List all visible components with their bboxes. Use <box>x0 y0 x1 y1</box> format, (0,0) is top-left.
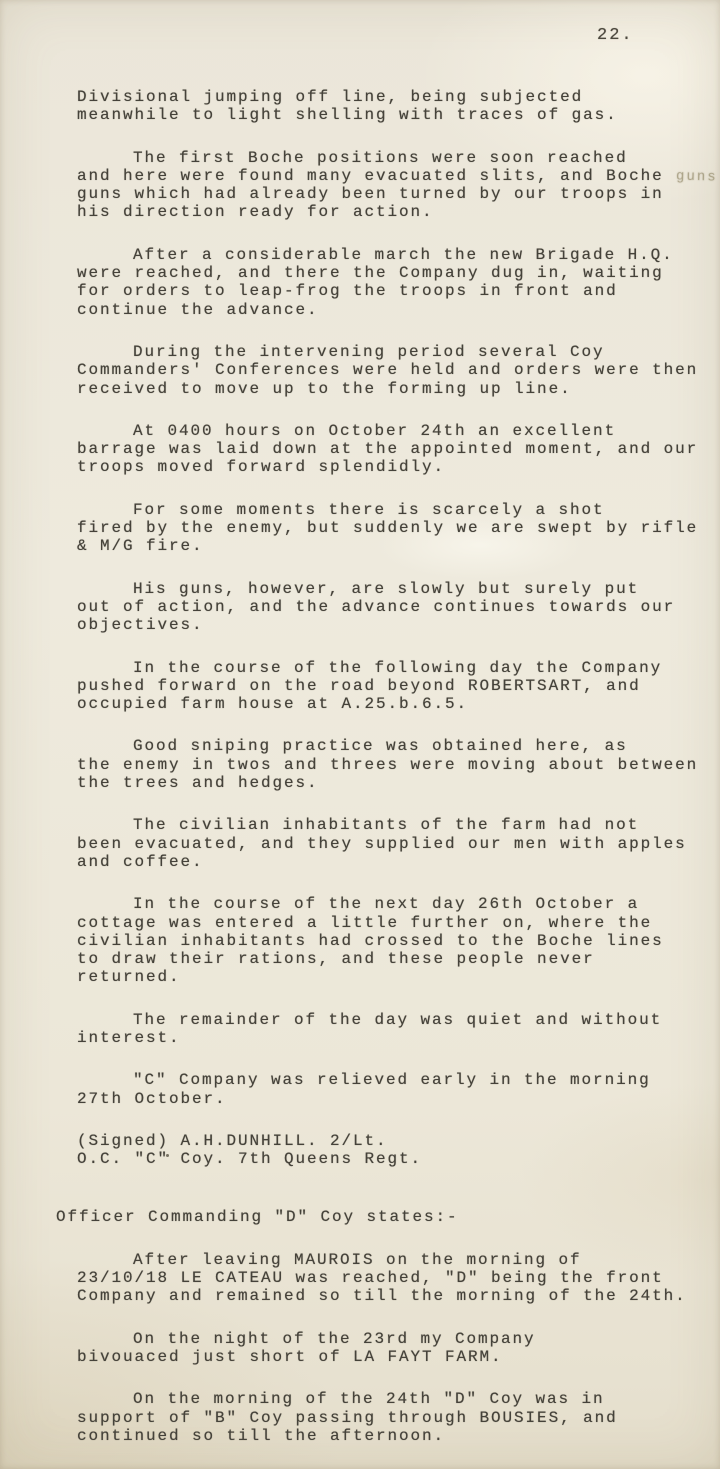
paragraph: At 0400 hours on October 24th an excelle… <box>77 422 720 477</box>
stray-mark <box>166 1154 169 1157</box>
signature-block: (Signed) A.H.DUNHILL. 2/Lt. O.C. "C" Coy… <box>77 1132 720 1169</box>
paragraph: In the course of the following day the C… <box>77 659 720 714</box>
paragraph: "C" Company was relieved early in the mo… <box>77 1071 720 1108</box>
paragraph: After a considerable march the new Briga… <box>77 246 720 319</box>
section-heading: Officer Commanding "D" Coy states:- <box>56 1208 720 1226</box>
page-number: 22. <box>597 26 634 45</box>
paragraph: His guns, however, are slowly but surely… <box>77 580 720 635</box>
paragraph: During the intervening period several Co… <box>77 343 720 398</box>
paragraph: For some moments there is scarcely a sho… <box>77 501 720 556</box>
document-page: 22. guns Divisional jumping off line, be… <box>0 0 720 1469</box>
paragraph: On the night of the 23rd my Company bivo… <box>77 1330 720 1367</box>
signature-line: O.C. "C" Coy. 7th Queens Regt. <box>77 1150 720 1168</box>
paragraph: In the course of the next day 26th Octob… <box>77 895 720 986</box>
document-body: Divisional jumping off line, being subje… <box>0 88 720 1469</box>
paragraph: The civilian inhabitants of the farm had… <box>77 816 720 871</box>
paragraph: The first Boche positions were soon reac… <box>77 149 720 222</box>
paragraph: Good sniping practice was obtained here,… <box>77 737 720 792</box>
signature-line: (Signed) A.H.DUNHILL. 2/Lt. <box>77 1132 720 1150</box>
paragraph: On the morning of the 24th "D" Coy was i… <box>77 1390 720 1445</box>
paragraph: The remainder of the day was quiet and w… <box>77 1011 720 1048</box>
paragraph: Divisional jumping off line, being subje… <box>77 88 720 125</box>
paragraph: After leaving MAUROIS on the morning of … <box>77 1251 720 1306</box>
